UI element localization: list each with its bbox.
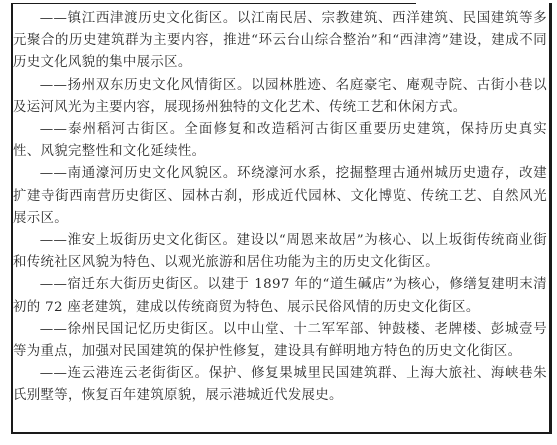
paragraph-yangzhou-shuangdong: ——扬州双东历史文化风情街区。以园林胜迹、名庭豪宅、庵观寺院、古街小巷以及运河风…: [13, 75, 547, 119]
paragraph-nantong-haohe: ——南通濠河历史文化风貌区。环绕濠河水系，挖掘整理古通州城历史遗存，改建扩建寺街…: [13, 163, 547, 230]
document-body: ——镇江西津渡历史文化街区。以江南民居、宗教建筑、西洋建筑、民国建筑等多元聚合的…: [13, 8, 547, 408]
paragraph-huaian-shangbanjie: ——淮安上坂街历史文化街区。建设以“周恩来故居”为核心、以上坂街传统商业街和传统…: [13, 230, 547, 274]
paragraph-xuzhou-minguo: ——徐州民国记忆历史街区。以中山堂、十二军军部、钟鼓楼、老牌楼、彭城壹号等为重点…: [13, 319, 547, 363]
paragraph-zhenjiang-xijindu: ——镇江西津渡历史文化街区。以江南民居、宗教建筑、西洋建筑、民国建筑等多元聚合的…: [13, 8, 547, 75]
top-border-line: [11, 3, 416, 4]
paragraph-taizhou-daohe: ——泰州稻河古街区。全面修复和改造稻河古街区重要历史建筑，保持历史真实性、风貌完…: [13, 119, 547, 163]
paragraph-lianyungang-laojie: ——连云港连云老街街区。保护、修复果城里民国建筑群、上海大旅社、海峡巷朱氏别墅等…: [13, 363, 547, 407]
paragraph-suqian-dongdajie: ——宿迁东大街历史街区。以建于 1897 年的“道生碱店”为核心，修缮复建明末清…: [13, 274, 547, 318]
